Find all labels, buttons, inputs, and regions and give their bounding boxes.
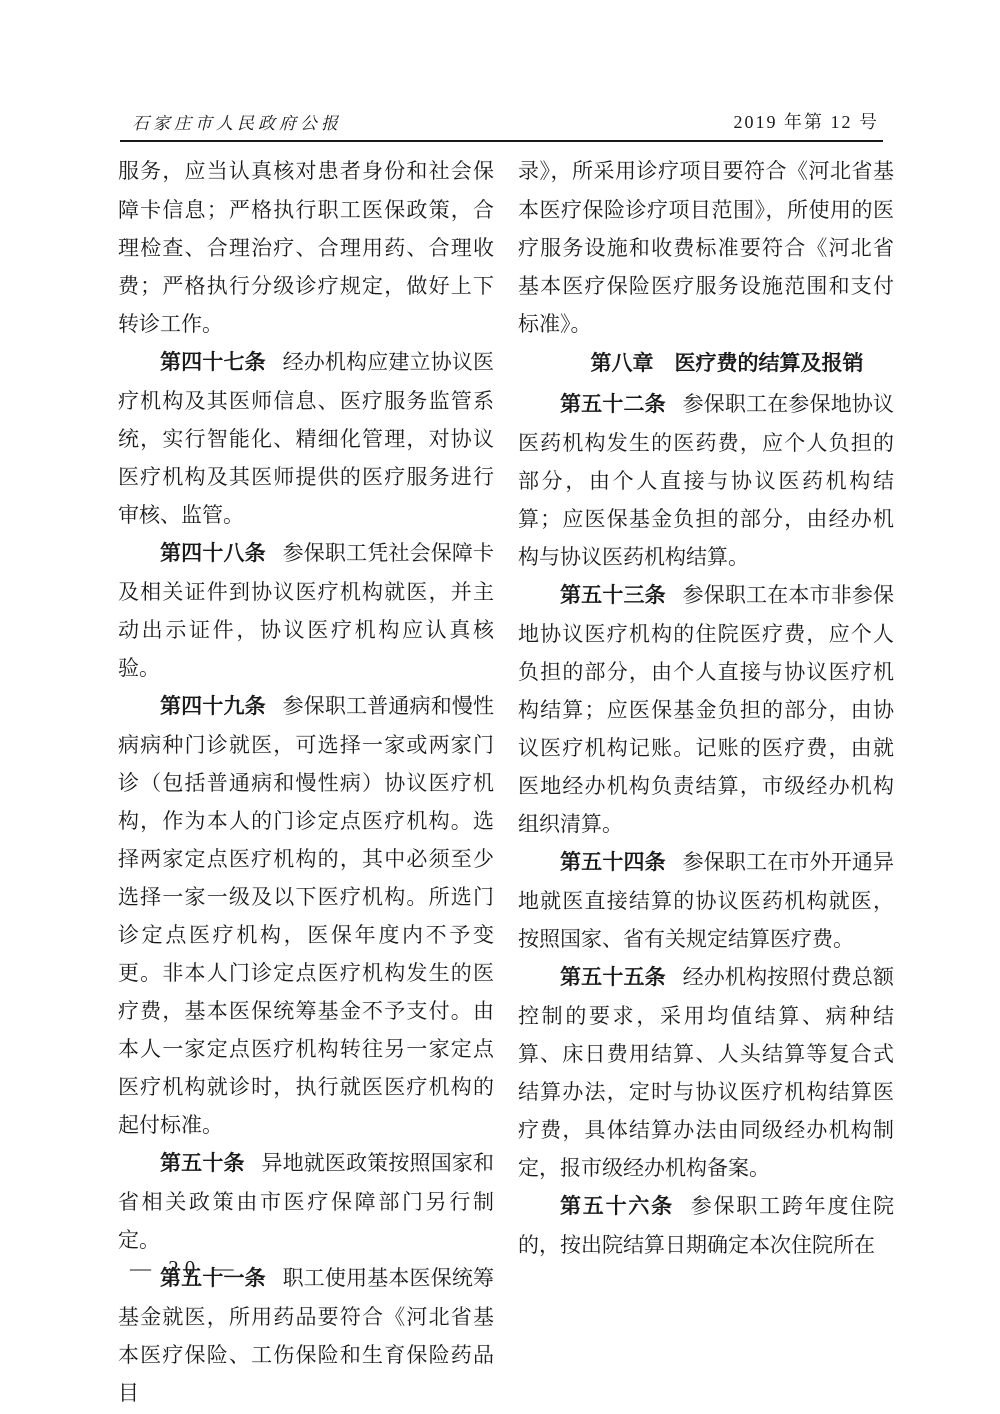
article-paragraph: 第五十二条参保职工在参保地协议医药机构发生的医药费，应个人负担的部分，由个人直接… — [518, 385, 894, 576]
article-paragraph: 第五十三条参保职工在本市非参保地协议医疗机构的住院医疗费，应个人负担的部分，由个… — [518, 576, 894, 843]
page-number: — 20 — — [130, 1256, 240, 1281]
article-number: 第四十八条 — [160, 542, 266, 565]
gazette-title: 石家庄市人民政府公报 — [132, 109, 342, 134]
article-paragraph: 第五十六条参保职工跨年度住院的，按出院结算日期确定本次住院所在 — [518, 1187, 894, 1264]
article-paragraph: 第五十一条职工使用基本医保统筹基金就医，所用药品要符合《河北省基本医疗保险、工伤… — [118, 1259, 494, 1412]
article-number: 第五十三条 — [560, 584, 666, 607]
header-rule — [120, 140, 883, 142]
article-paragraph: 第五十条异地就医政策按照国家和省相关政策由市医疗保障部门另行制定。 — [118, 1144, 494, 1259]
paragraph-text: 经办机构应建立协议医疗机构及其医师信息、医疗服务监管系统，实行智能化、精细化管理… — [118, 350, 494, 527]
paragraph-text: 经办机构按照付费总额控制的要求，采用均值结算、病种结算、床日费用结算、人头结算等… — [518, 965, 894, 1180]
article-paragraph: 第四十九条参保职工普通病和慢性病病种门诊就医，可选择一家或两家门诊（包括普通病和… — [118, 687, 494, 1144]
article-number: 第五十五条 — [560, 966, 666, 989]
article-paragraph: 第四十七条经办机构应建立协议医疗机构及其医师信息、医疗服务监管系统，实行智能化、… — [118, 343, 494, 534]
article-paragraph: 第五十五条经办机构按照付费总额控制的要求，采用均值结算、病种结算、床日费用结算、… — [518, 958, 894, 1187]
page-header: 石家庄市人民政府公报 2019 年第 12 号 — [120, 108, 883, 142]
paragraph-continuation: 服务，应当认真核对患者身份和社会保障卡信息；严格执行职工医保政策，合理检查、合理… — [118, 152, 494, 343]
left-column: 服务，应当认真核对患者身份和社会保障卡信息；严格执行职工医保政策，合理检查、合理… — [118, 152, 494, 1412]
paragraph-text: 参保职工在本市非参保地协议医疗机构的住院医疗费，应个人负担的部分，由个人直接与协… — [518, 583, 894, 836]
paragraph-text: 参保职工普通病和慢性病病种门诊就医，可选择一家或两家门诊（包括普通病和慢性病）协… — [118, 694, 494, 1137]
paragraph-continuation: 录》，所采用诊疗项目要符合《河北省基本医疗保险诊疗项目范围》，所使用的医疗服务设… — [518, 152, 894, 343]
paragraph-text: 参保职工在参保地协议医药机构发生的医药费，应个人负担的部分，由个人直接与协议医药… — [518, 392, 894, 569]
article-number: 第五十条 — [160, 1152, 245, 1175]
chapter-heading: 第八章 医疗费的结算及报销 — [518, 343, 894, 385]
paragraph-text: 录》，所采用诊疗项目要符合《河北省基本医疗保险诊疗项目范围》，所使用的医疗服务设… — [518, 159, 894, 336]
article-paragraph: 第五十四条参保职工在市外开通异地就医直接结算的协议医药机构就医，按照国家、省有关… — [518, 843, 894, 958]
issue-number: 2019 年第 12 号 — [734, 108, 880, 134]
article-number: 第四十七条 — [160, 351, 266, 374]
paragraph-text: 服务，应当认真核对患者身份和社会保障卡信息；严格执行职工医保政策，合理检查、合理… — [118, 159, 494, 336]
gazette-page: 石家庄市人民政府公报 2019 年第 12 号 服务，应当认真核对患者身份和社会… — [0, 0, 1000, 1414]
article-number: 第五十四条 — [560, 851, 666, 874]
article-number: 第五十六条 — [560, 1195, 674, 1218]
article-number: 第五十二条 — [560, 393, 666, 416]
article-number: 第四十九条 — [160, 695, 266, 718]
article-paragraph: 第四十八条参保职工凭社会保障卡及相关证件到协议医疗机构就医，并主动出示证件，协议… — [118, 534, 494, 687]
right-column: 录》，所采用诊疗项目要符合《河北省基本医疗保险诊疗项目范围》，所使用的医疗服务设… — [518, 152, 894, 1264]
